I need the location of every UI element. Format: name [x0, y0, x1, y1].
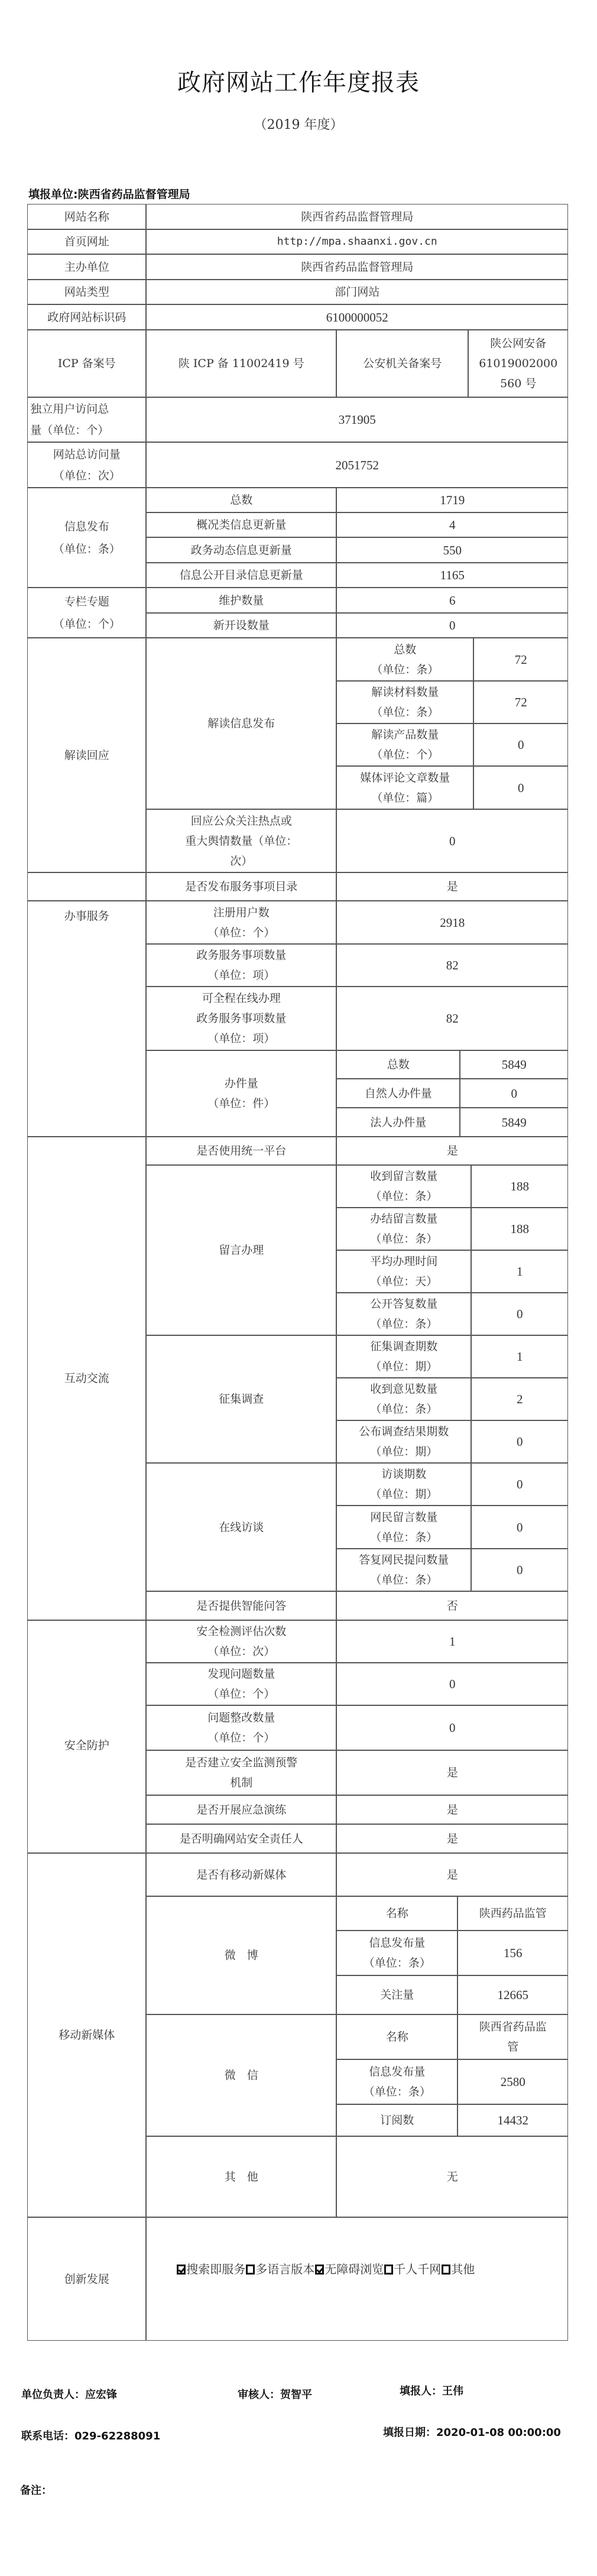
section-interaction: 互动交流 [27, 1137, 146, 1620]
value-site-name: 陕西省药品监督管理局 [146, 204, 568, 229]
label-interpretation-publish: 解读信息发布 [146, 638, 336, 809]
row-label: 是否明确网站安全责任人 [146, 1824, 336, 1853]
row-label: 维护数量 [146, 588, 336, 613]
row-label: 网民留言数量 （单位：条） [336, 1506, 471, 1549]
row-value: 72 [473, 638, 568, 681]
section-innovation: 创新发展 [27, 2217, 146, 2341]
label-site-type: 网站类型 [27, 280, 146, 304]
label-has-new-media: 是否有移动新媒体 [146, 1853, 336, 1896]
row-label: 公布调查结果期数 （单位：期） [336, 1420, 471, 1463]
row-label: 关注量 [336, 1975, 458, 2014]
report-year: （2019 年度） [0, 115, 597, 133]
value-total-visits: 2051752 [146, 442, 568, 488]
row-label: 是否开展应急演练 [146, 1795, 336, 1824]
row-label: 访谈期数 （单位：期） [336, 1463, 471, 1506]
row-value: 陕西省药品监 管 [458, 2014, 568, 2059]
contact-phone: 联系电话：029-62288091 [21, 2428, 160, 2443]
reviewer: 审核人：贺智平 [238, 2386, 312, 2402]
row-label: 公开答复数量 （单位：条） [336, 1293, 471, 1335]
section-new-media: 移动新媒体 [27, 1853, 146, 2217]
label-other-media: 其 他 [146, 2136, 336, 2217]
row-value: 0 [473, 724, 568, 766]
value-online-items: 82 [336, 987, 568, 1050]
reporting-unit: 填报单位:陕西省药品监督管理局 [28, 186, 190, 202]
checkbox-icon[interactable] [315, 2264, 324, 2275]
checkbox-icon[interactable] [177, 2264, 186, 2275]
label-sponsor: 主办单位 [27, 254, 146, 280]
fill-date: 填报日期：2020-01-08 00:00:00 [383, 2424, 561, 2439]
checkbox-icon[interactable] [442, 2264, 450, 2275]
label-smart-qa: 是否提供智能问答 [146, 1591, 336, 1620]
row-value: 12665 [458, 1975, 568, 2014]
row-value: 188 [471, 1165, 568, 1208]
checkbox-icon[interactable] [384, 2264, 393, 2275]
row-value: 4 [336, 512, 568, 537]
label-site-name: 网站名称 [27, 204, 146, 229]
section-security: 安全防护 [27, 1620, 146, 1853]
filler: 填报人：王伟 [400, 2383, 463, 2398]
innovation-options: 搜索即服务 多语言版本 无障碍浏览 千人千网 其他 [146, 2217, 568, 2341]
label-online-items: 可全程在线办理 政务服务事项数量 （单位：项） [146, 987, 336, 1050]
row-label: 名称 [336, 2014, 458, 2059]
label-public-response: 回应公众关注热点或 重大舆情数量（单位： 次） [146, 809, 336, 872]
row-label: 总数 [146, 488, 336, 512]
value-service-items: 82 [336, 944, 568, 987]
row-label: 解读产品数量 （单位：个） [336, 724, 473, 766]
row-value: 0 [471, 1293, 568, 1335]
unit-head: 单位负责人：应宏锋 [21, 2386, 117, 2402]
row-value: 188 [471, 1208, 568, 1250]
row-value: 5849 [460, 1108, 568, 1137]
row-value: 0 [336, 1705, 568, 1750]
value-police-record: 陕公网安备 61019002000 560 号 [468, 330, 568, 397]
row-value: 1719 [336, 488, 568, 512]
row-value: 0 [336, 1663, 568, 1705]
value-homepage[interactable]: http://mpa.shaanxi.gov.cn [146, 229, 568, 254]
row-label: 媒体评论文章数量 （单位：篇） [336, 766, 473, 809]
row-label: 发现问题数量 （单位：个） [146, 1663, 336, 1705]
value-icp: 陕 ICP 备 11002419 号 [146, 330, 336, 397]
row-label: 收到留言数量 （单位：条） [336, 1165, 471, 1208]
label-total-visits: 网站总访问量 （单位：次） [27, 442, 146, 488]
label-unique-visitors: 独立用户访问总 量（单位：个） [27, 397, 146, 442]
row-value: 陕西药品监管 [458, 1896, 568, 1931]
row-value: 5849 [460, 1050, 568, 1079]
row-value: 14432 [458, 2104, 568, 2136]
checkbox-icon[interactable] [246, 2264, 255, 2275]
label-survey: 征集调查 [146, 1335, 336, 1463]
row-value: 0 [460, 1079, 568, 1108]
page-title: 政府网站工作年度报表 [0, 64, 597, 98]
value-has-new-media: 是 [336, 1853, 568, 1896]
label-messages: 留言办理 [146, 1165, 336, 1335]
row-value: 0 [471, 1506, 568, 1549]
label-registered-users: 注册用户数 （单位：个） [146, 901, 336, 944]
row-value: 0 [471, 1549, 568, 1591]
remarks: 备注： [20, 2482, 52, 2497]
row-value: 6 [336, 588, 568, 613]
row-value: 是 [336, 1824, 568, 1853]
row-label: 新开设数量 [146, 613, 336, 638]
row-label: 收到意见数量 （单位：条） [336, 1378, 471, 1420]
row-label: 安全检测评估次数 （单位：次） [146, 1620, 336, 1663]
row-label: 法人办件量 [336, 1108, 460, 1137]
value-registered-users: 2918 [336, 901, 568, 944]
label-unified-platform: 是否使用统一平台 [146, 1137, 336, 1165]
row-label: 是否建立安全监测预警 机制 [146, 1750, 336, 1795]
label-cases: 办件量 （单位：件） [146, 1050, 336, 1137]
row-value: 1 [336, 1620, 568, 1663]
value-smart-qa: 否 [336, 1591, 568, 1620]
section-interpretation: 解读回应 [27, 638, 146, 872]
option-label: 无障碍浏览 [325, 2260, 384, 2278]
label-service-catalog: 是否发布服务事项目录 [146, 872, 336, 901]
value-public-response: 0 [336, 809, 568, 872]
row-label: 答复网民提问数量 （单位：条） [336, 1549, 471, 1591]
value-sponsor: 陕西省药品监督管理局 [146, 254, 568, 280]
row-label: 征集调查期数 （单位：期） [336, 1335, 471, 1378]
row-value: 1165 [336, 563, 568, 588]
row-value: 550 [336, 537, 568, 563]
row-value: 是 [336, 1750, 568, 1795]
row-value: 是 [336, 1795, 568, 1824]
label-police-record: 公安机关备案号 [336, 330, 468, 397]
row-label: 概况类信息更新量 [146, 512, 336, 537]
value-site-type: 部门网站 [146, 280, 568, 304]
option-label: 多语言版本 [255, 2260, 314, 2278]
row-label: 总数 （单位：条） [336, 638, 473, 681]
row-value: 2 [471, 1378, 568, 1420]
option-label: 搜索即服务 [186, 2260, 245, 2278]
label-site-code: 政府网站标识码 [27, 304, 146, 330]
row-label: 信息发布量 （单位：条） [336, 1931, 458, 1975]
value-service-catalog: 是 [336, 872, 568, 901]
row-value: 0 [471, 1463, 568, 1506]
option-label: 其他 [451, 2260, 475, 2278]
label-homepage: 首页网址 [27, 229, 146, 254]
row-value: 2580 [458, 2059, 568, 2104]
option-label: 千人千网 [394, 2260, 441, 2278]
row-label: 平均办理时间 （单位：天） [336, 1250, 471, 1293]
row-label: 解读材料数量 （单位：条） [336, 681, 473, 724]
label-service-items: 政务服务事项数量 （单位：项） [146, 944, 336, 987]
row-label: 信息公开目录信息更新量 [146, 563, 336, 588]
row-value: 1 [471, 1335, 568, 1378]
value-unified-platform: 是 [336, 1137, 568, 1165]
label-weibo: 微 博 [146, 1896, 336, 2014]
section-info-publish: 信息发布 （单位：条） [27, 488, 146, 588]
value-other-media: 无 [336, 2136, 568, 2217]
empty-cell [27, 872, 146, 901]
value-unique-visitors: 371905 [146, 397, 568, 442]
row-label: 订阅数 [336, 2104, 458, 2136]
label-wechat: 微 信 [146, 2014, 336, 2136]
row-value: 72 [473, 681, 568, 724]
label-icp: ICP 备案号 [27, 330, 146, 397]
row-value: 1 [471, 1250, 568, 1293]
section-services: 办事服务 [27, 901, 146, 1137]
row-label: 政务动态信息更新量 [146, 537, 336, 563]
label-interview: 在线访谈 [146, 1463, 336, 1591]
row-label: 办结留言数量 （单位：条） [336, 1208, 471, 1250]
row-value: 0 [473, 766, 568, 809]
value-site-code: 6100000052 [146, 304, 568, 330]
row-label: 问题整改数量 （单位：个） [146, 1705, 336, 1750]
row-value: 156 [458, 1931, 568, 1975]
row-value: 0 [336, 613, 568, 638]
row-label: 总数 [336, 1050, 460, 1079]
row-value: 0 [471, 1420, 568, 1463]
row-label: 信息发布量 （单位：条） [336, 2059, 458, 2104]
row-label: 自然人办件量 [336, 1079, 460, 1108]
row-label: 名称 [336, 1896, 458, 1931]
section-columns: 专栏专题 （单位：个） [27, 588, 146, 638]
